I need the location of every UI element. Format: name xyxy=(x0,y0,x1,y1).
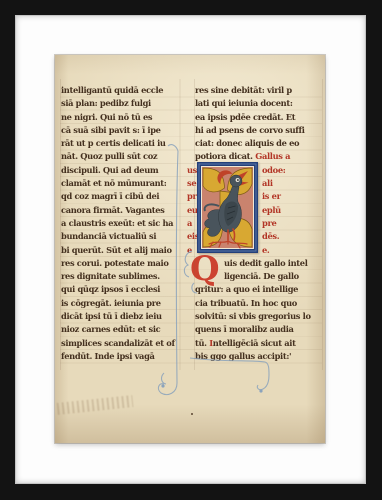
text-line: cia tribuatū. In hoc quo xyxy=(195,297,311,310)
left-text-column: intelligantū quidā eccle siā plan: pedib… xyxy=(61,84,175,363)
rubric-fragment: se xyxy=(187,177,197,190)
rubric-fragment: dēs. xyxy=(262,230,324,243)
pupil xyxy=(237,179,239,181)
drop-cap-q: Q xyxy=(190,252,220,286)
text-line: simplices scandalizāt et of xyxy=(61,337,175,350)
flourish-dot xyxy=(161,384,164,387)
rubric-fragment: pre xyxy=(262,217,324,230)
cockerel-miniature xyxy=(197,162,258,253)
text-line: discipuli. Qui ad deum xyxy=(61,164,175,177)
rubric-fragments-left: us se pr eu a eis e xyxy=(187,164,197,257)
text-line: canora firmāt. Vagantes xyxy=(61,204,175,217)
text-line: res sine debitāt: viril p xyxy=(195,84,305,97)
right-text-column-top: res sine debitāt: viril p lati qui ieiun… xyxy=(195,84,305,164)
text-line: qd coz magrī ī cibū dei xyxy=(61,190,175,203)
rubric-fragment: pr xyxy=(187,190,197,203)
text-line: nioz carnes edūt: et sic xyxy=(61,323,175,336)
rubric-fragment: us xyxy=(187,164,197,177)
text-line: is cōgregāt. ieiunia pre xyxy=(61,297,175,310)
rubric-fragment: ali xyxy=(262,177,324,190)
rubric-fragment: eis xyxy=(187,230,197,243)
parchment-page: intelligantū quidā eccle siā plan: pedib… xyxy=(55,55,325,443)
text-line: ea ipsis pdēe credāt. Et xyxy=(195,111,305,124)
text-line: qui qūqz ipsos ī ecclesi xyxy=(61,283,175,296)
text-line: solvitū: si vbis gregorius lo xyxy=(195,310,311,323)
rubric-fragment: is er xyxy=(262,190,324,203)
flourish-small-curl xyxy=(162,373,166,384)
text-line: ciat: donec aliquis de eo xyxy=(195,137,305,150)
text-line: fendūt. Inde ipsi vagā xyxy=(61,350,175,363)
text-line: res corui. potestate maio xyxy=(61,257,175,270)
framed-manuscript-print: intelligantū quidā eccle siā plan: pedib… xyxy=(0,0,382,500)
text-line: bundanciā victualiū si xyxy=(61,230,175,243)
text-line: clamāt et nō mūmurant: xyxy=(61,177,175,190)
rubric-fragment: eplū xyxy=(262,204,324,217)
rubric-fragment: eu xyxy=(187,204,197,217)
text-line: cā suā sibi pavit s: ī ipe xyxy=(61,124,175,137)
margin-smudge xyxy=(57,395,134,415)
text-line: tū. Intelligēciā sicut ait xyxy=(195,337,311,350)
text-line: a claustris exeūt: et sic ha xyxy=(61,217,175,230)
text-line: rāt ut p certis delicati iu xyxy=(61,137,175,150)
text-line: hi ad psens de corvo suffi xyxy=(195,124,305,137)
rubric-fragments-right: odoe: ali is er eplū pre dēs. e. xyxy=(262,164,324,257)
rubric-fragment: odoe: xyxy=(262,164,324,177)
text-line: quens ī moralibz audia xyxy=(195,323,311,336)
ink-speck xyxy=(191,413,193,415)
text-line: nāt. Quoz pulli sūt coz xyxy=(61,150,175,163)
text-run: ntelligēciā sicut ait xyxy=(213,338,296,348)
text-line: lati qui ieiunia docent: xyxy=(195,97,305,110)
text-run: potiora dicat. xyxy=(195,151,255,161)
text-line: intelligantū quidā eccle xyxy=(61,84,175,97)
text-line: res dignitate sublimes. xyxy=(61,270,175,283)
rubric-fragment: a xyxy=(187,217,197,230)
rubric-fragment: e. xyxy=(262,244,324,257)
text-line: bis ggo gallus accipit:' xyxy=(195,350,311,363)
text-line: dicāt ipsi tū ī diebz ieiu xyxy=(61,310,175,323)
flourish-dot xyxy=(259,389,262,392)
text-line: bi querūt. Sūt et alij maio xyxy=(61,244,175,257)
rubric-run: Gallus a xyxy=(255,151,290,161)
text-line: siā plan: pedibz fulgi xyxy=(61,97,175,110)
text-line: ne nigri. Qui nō tū es xyxy=(61,111,175,124)
text-run: tū. xyxy=(195,338,209,348)
